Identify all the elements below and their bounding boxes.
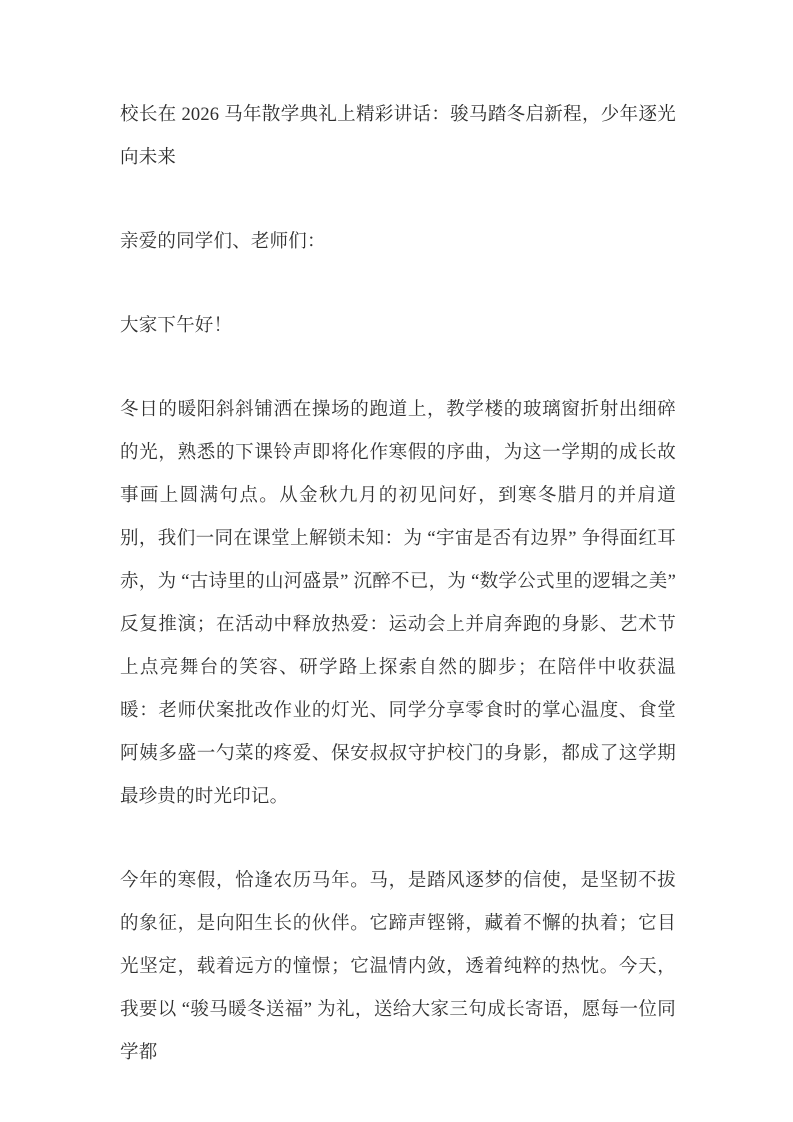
- document-title: 校长在 2026 马年散学典礼上精彩讲话：骏马踏冬启新程，少年逐光向未来: [120, 94, 676, 180]
- paragraph-semester-review: 冬日的暖阳斜斜铺洒在操场的跑道上，教学楼的玻璃窗折射出细碎的光，熟悉的下课铃声即…: [120, 389, 676, 819]
- document-content: 校长在 2026 马年散学典礼上精彩讲话：骏马踏冬启新程，少年逐光向未来 亲爱的…: [120, 94, 676, 1075]
- paragraph-horse-year-wishes: 今年的寒假，恰逢农历马年。马，是踏风逐梦的信使，是坚韧不拔的象征，是向阳生长的伙…: [120, 860, 676, 1075]
- paragraph-salutation: 亲爱的同学们、老师们：: [120, 221, 676, 264]
- paragraph-greeting: 大家下午好！: [120, 305, 676, 348]
- document-page: 校长在 2026 马年散学典礼上精彩讲话：骏马踏冬启新程，少年逐光向未来 亲爱的…: [0, 0, 793, 1122]
